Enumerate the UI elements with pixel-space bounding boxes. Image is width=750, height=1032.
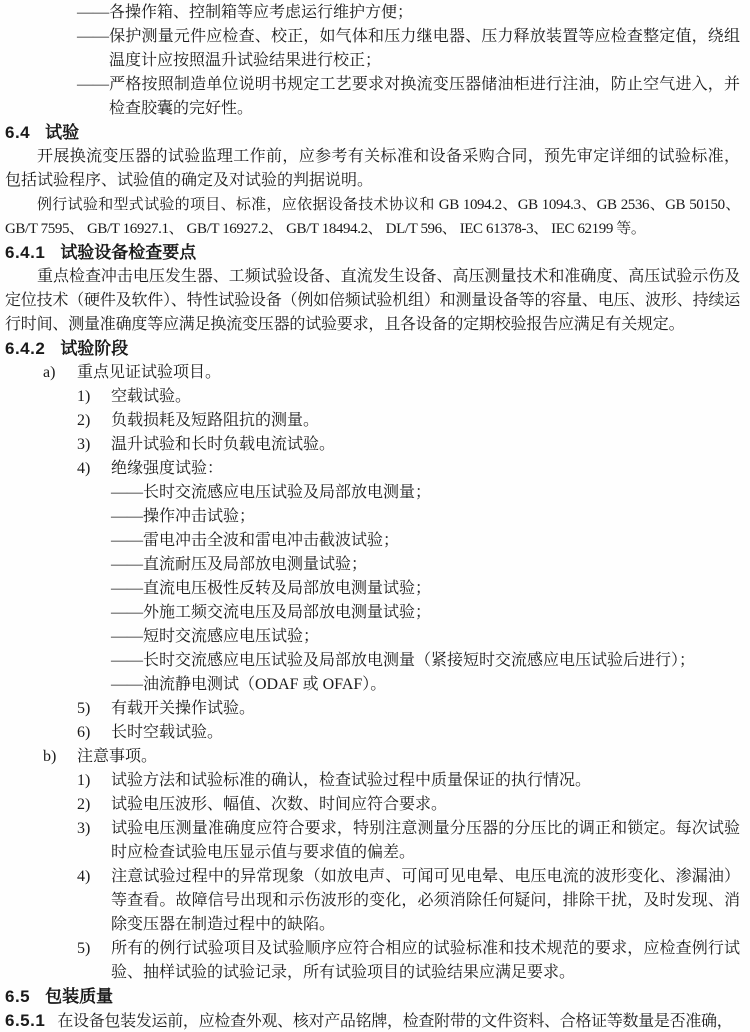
section-number: 6.5 <box>5 987 30 1006</box>
list-label: 3) <box>77 433 111 457</box>
dash-subitem: ——短时交流感应电压试验； <box>5 625 740 649</box>
list-label: 5) <box>77 937 111 961</box>
list-item-4: 4)绝缘强度试验： <box>5 457 740 481</box>
list-text: 温升试验和长时负载电流试验。 <box>111 436 335 453</box>
list-label: 2) <box>77 409 111 433</box>
list-text: 空载试验。 <box>111 388 191 405</box>
list-item-2: 2)负载损耗及短路阻抗的测量。 <box>5 409 740 433</box>
list-item-5: 5)有载开关操作试验。 <box>5 697 740 721</box>
dash-subitem: ——雷电冲击全波和雷电冲击截波试验； <box>5 529 740 553</box>
list-text: 绝缘强度试验： <box>111 460 223 477</box>
section-number: 6.4 <box>5 123 30 142</box>
section-title: 试验 <box>45 123 79 142</box>
list-label: a) <box>43 361 77 385</box>
paragraph: 重点检查冲击电压发生器、工频试验设备、直流发生设备、高压测量技术和准确度、高压试… <box>5 265 740 337</box>
list-item-b4: 4)注意试验过程中的异常现象（如放电声、可闻可见电晕、电压电流的波形变化、渗漏油… <box>5 865 740 937</box>
section-title: 包装质量 <box>45 987 113 1006</box>
list-item-6: 6)长时空载试验。 <box>5 721 740 745</box>
intro-dash-item: ——保护测量元件应检查、校正，如气体和压力继电器、压力释放装置等应检查整定值，绕… <box>5 25 740 73</box>
list-label: 4) <box>77 457 111 481</box>
list-item-b1: 1)试验方法和试验标准的确认，检查试验过程中质量保证的执行情况。 <box>5 769 740 793</box>
list-label: 6) <box>77 721 111 745</box>
list-item-b: b)注意事项。 <box>5 745 740 769</box>
list-text: 试验电压波形、幅值、次数、时间应符合要求。 <box>111 796 447 813</box>
list-label: 4) <box>77 865 111 889</box>
list-item-b3: 3)试验电压测量准确度应符合要求，特别注意测量分压器的分压比的调正和锁定。每次试… <box>5 817 740 865</box>
list-item-b2: 2)试验电压波形、幅值、次数、时间应符合要求。 <box>5 793 740 817</box>
list-label: 1) <box>77 385 111 409</box>
list-label: 5) <box>77 697 111 721</box>
list-text: 负载损耗及短路阻抗的测量。 <box>111 412 319 429</box>
list-text: 长时空载试验。 <box>111 724 223 741</box>
list-item-1: 1)空载试验。 <box>5 385 740 409</box>
list-text: 重点见证试验项目。 <box>77 364 221 381</box>
section-number: 6.4.1 <box>5 243 45 262</box>
list-label: 1) <box>77 769 111 793</box>
list-label: b) <box>43 745 77 769</box>
dash-subitem: ——直流耐压及局部放电测量试验； <box>5 553 740 577</box>
list-item-b5: 5)所有的例行试验项目及试验顺序应符合相应的试验标准和技术规范的要求，应检查例行… <box>5 937 740 985</box>
list-text: 试验电压测量准确度应符合要求，特别注意测量分压器的分压比的调正和锁定。每次试验时… <box>111 820 740 861</box>
intro-dash-item: ——严格按照制造单位说明书规定工艺要求对换流变压器储油柜进行注油，防止空气进入，… <box>5 73 740 121</box>
list-text: 有载开关操作试验。 <box>111 700 255 717</box>
document-page: ——各操作箱、控制箱等应考虑运行维护方便； ——保护测量元件应检查、校正，如气体… <box>0 0 750 1032</box>
list-text: 注意试验过程中的异常现象（如放电声、可闻可见电晕、电压电流的波形变化、渗漏油）等… <box>111 868 740 933</box>
section-title: 试验设备检查要点 <box>60 243 196 262</box>
list-text: 注意事项。 <box>77 748 157 765</box>
paragraph: 开展换流变压器的试验监理工作前，应参考有关标准和设备采购合同，预先审定详细的试验… <box>5 145 740 193</box>
intro-dash-item: ——各操作箱、控制箱等应考虑运行维护方便； <box>5 1 740 25</box>
section-heading-6-5: 6.5包装质量 <box>5 985 740 1009</box>
dash-subitem: ——长时交流感应电压试验及局部放电测量（紧接短时交流感应电压试验后进行）； <box>5 649 740 673</box>
list-item-3: 3)温升试验和长时负载电流试验。 <box>5 433 740 457</box>
section-number: 6.5.1 <box>5 1011 45 1030</box>
list-item-a: a)重点见证试验项目。 <box>5 361 740 385</box>
paragraph-standards: 例行试验和型式试验的项目、标准，应依据设备技术协议和 GB 1094.2、GB … <box>5 193 740 241</box>
dash-subitem: ——外施工频交流电压及局部放电测量试验； <box>5 601 740 625</box>
section-title: 试验阶段 <box>60 339 128 358</box>
paragraph-6-5-1: 6.5.1在设备包装发运前，应检查外观、核对产品铭牌，检查附带的文件资料、合格证… <box>5 1009 740 1032</box>
dash-subitem: ——长时交流感应电压试验及局部放电测量； <box>5 481 740 505</box>
paragraph-text: 在设备包装发运前，应检查外观、核对产品铭牌，检查附带的文件资料、合格证等数量是否… <box>57 1013 732 1030</box>
section-heading-6-4: 6.4试验 <box>5 121 740 145</box>
list-text: 所有的例行试验项目及试验顺序应符合相应的试验标准和技术规范的要求，应检查例行试验… <box>111 940 740 981</box>
section-number: 6.4.2 <box>5 339 45 358</box>
dash-subitem: ——直流电压极性反转及局部放电测量试验； <box>5 577 740 601</box>
list-label: 3) <box>77 817 111 841</box>
dash-subitem: ——操作冲击试验； <box>5 505 740 529</box>
section-heading-6-4-1: 6.4.1试验设备检查要点 <box>5 241 740 265</box>
section-heading-6-4-2: 6.4.2试验阶段 <box>5 337 740 361</box>
dash-subitem: ——油流静电测试（ODAF 或 OFAF）。 <box>5 673 740 697</box>
list-text: 试验方法和试验标准的确认，检查试验过程中质量保证的执行情况。 <box>111 772 591 789</box>
list-label: 2) <box>77 793 111 817</box>
